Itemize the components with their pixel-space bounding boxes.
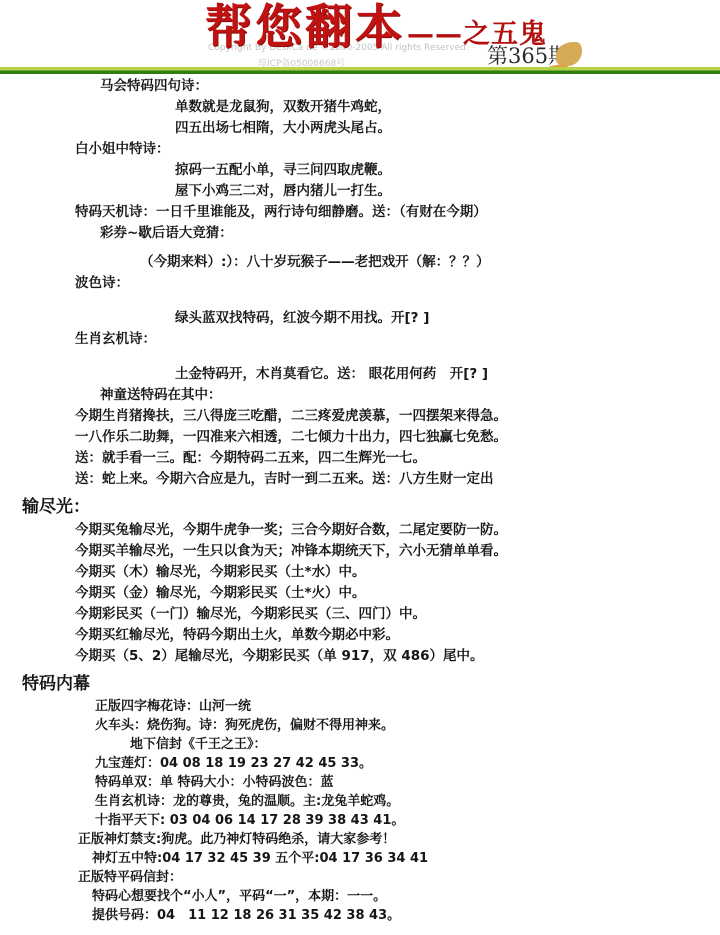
shujinguang-title: 输尽光： [22, 494, 720, 520]
bose-title: 波色诗： [75, 273, 720, 294]
shujinguang-line: 今期买红输尽光，特码今期出土火，单数今期必中彩。 [75, 625, 720, 646]
leaf-icon [556, 42, 582, 66]
caiquan-riddle: （今期来料）:）：八十岁玩猴子——老把戏开（解：？？） [140, 252, 720, 273]
shujinguang-line: 今期买兔输尽光，今期牛虎争一奖；三合今期好合数，二尾定要防一防。 [75, 520, 720, 541]
shujinguang-line: 今期买（5、2）尾输尽光，今期彩民买（单 917，双 486）尾中。 [75, 646, 720, 667]
mahui-line: 单数就是龙鼠狗，双数开猪牛鸡蛇， [175, 97, 720, 118]
caiquan-title: 彩券~歇后语大竞猜： [100, 223, 720, 244]
neimu-shendeng-wu: 神灯五中特:04 17 32 45 39 五个平:04 17 36 34 41 [92, 849, 720, 868]
neimu-jiubao: 九宝莲灯：04 08 18 19 23 27 42 45 33。 [95, 754, 720, 773]
neimu-danshuang: 特码单双：单 特码大小：小特码波色：蓝 [95, 773, 720, 792]
neimu-shengxiao: 生肖玄机诗：龙的尊贵，兔的温顺。主:龙兔羊蛇鸡。 [95, 792, 720, 811]
tianji-line: 特码天机诗：一日千里谁能及，两行诗句细静磨。送：（有财在今期） [75, 202, 720, 223]
bose-line: 绿头蓝双找特码，红波今期不用找。开[? ] [175, 308, 720, 329]
neimu-shendeng-jin: 正版神灯禁支:狗虎。此乃神灯特码绝杀，请大家参考！ [78, 830, 720, 849]
neimu-huochetou: 火车头：烧伤狗。诗：狗死虎伤，偏财不得用神来。 [95, 716, 720, 735]
header-divider [0, 67, 720, 74]
neimu-xiaoren: 特码心想要找个“小人”，平码“一”，本期：一一。 [92, 887, 720, 906]
page: Copyright By DeskCa de ©2000-2005 All ri… [0, 0, 720, 935]
neimu-meihua: 正版四字梅花诗：山河一统 [95, 697, 720, 716]
neimu-shizhi: 十指平天下: 03 04 06 14 17 28 39 38 43 41。 [95, 811, 720, 830]
mahui-title: 马会特码四句诗： [100, 76, 720, 97]
shujinguang-line: 今期买（金）输尽光，今期彩民买（土*火）中。 [75, 583, 720, 604]
site-logo: 帮您翻本 [205, 0, 405, 56]
baixiaojie-title: 白小姐中特诗： [75, 139, 720, 160]
neimu-title: 特码内幕 [22, 671, 720, 697]
content: 马会特码四句诗： 单数就是龙鼠狗，双数开猪牛鸡蛇， 四五出场七相隋，大小两虎头尾… [0, 74, 720, 925]
shentong-line: 送：就手看一三。配：今期特码二五来，四二生辉光一七。 [75, 448, 720, 469]
baixiaojie-line: 掠码一五配小单，寻三问四取虎鞭。 [175, 160, 720, 181]
header: Copyright By DeskCa de ©2000-2005 All ri… [0, 0, 720, 74]
shentong-title: 神童送特码在其中： [100, 385, 720, 406]
shujinguang-line: 今期买（木）输尽光，今期彩民买（土*水）中。 [75, 562, 720, 583]
shujinguang-line: 今期彩民买（一门）输尽光，今期彩民买（三、四门）中。 [75, 604, 720, 625]
neimu-body: 正版四字梅花诗：山河一统 火车头：烧伤狗。诗：狗死虎伤，偏财不得用神来。 地下信… [0, 697, 720, 925]
shentong-line: 一八作乐二助舞，一四准来六相透，二七倾力十出力，四七独赢七免愁。 [75, 427, 720, 448]
mahui-line: 四五出场七相隋，大小两虎头尾占。 [175, 118, 720, 139]
neimu-haoma: 提供号码：04 11 12 18 26 31 35 42 38 43。 [92, 906, 720, 925]
shentong-line: 今期生肖猪搀扶，三八得庞三吃醋，二三疼爱虎羡慕，一四摆架来得急。 [75, 406, 720, 427]
shentong-line: 送：蛇上来。今期六合应是九，吉时一到二五来。送：八方生财一定出 [75, 469, 720, 490]
neimu-tepingma: 正版特平码信封： [78, 868, 720, 887]
neimu-xinfeng: 地下信封《千王之王》： [130, 735, 720, 754]
baixiaojie-line: 屋下小鸡三二对，唇内猪儿一打生。 [175, 181, 720, 202]
shengxiao-title: 生肖玄机诗： [75, 329, 720, 350]
shengxiao-line: 土金特码开，木肖莫看它。送： 眼花用何药 开[? ] [175, 364, 720, 385]
shujinguang-line: 今期买羊输尽光，一生只以食为天；冲锋本期统天下，六小无猜单单看。 [75, 541, 720, 562]
